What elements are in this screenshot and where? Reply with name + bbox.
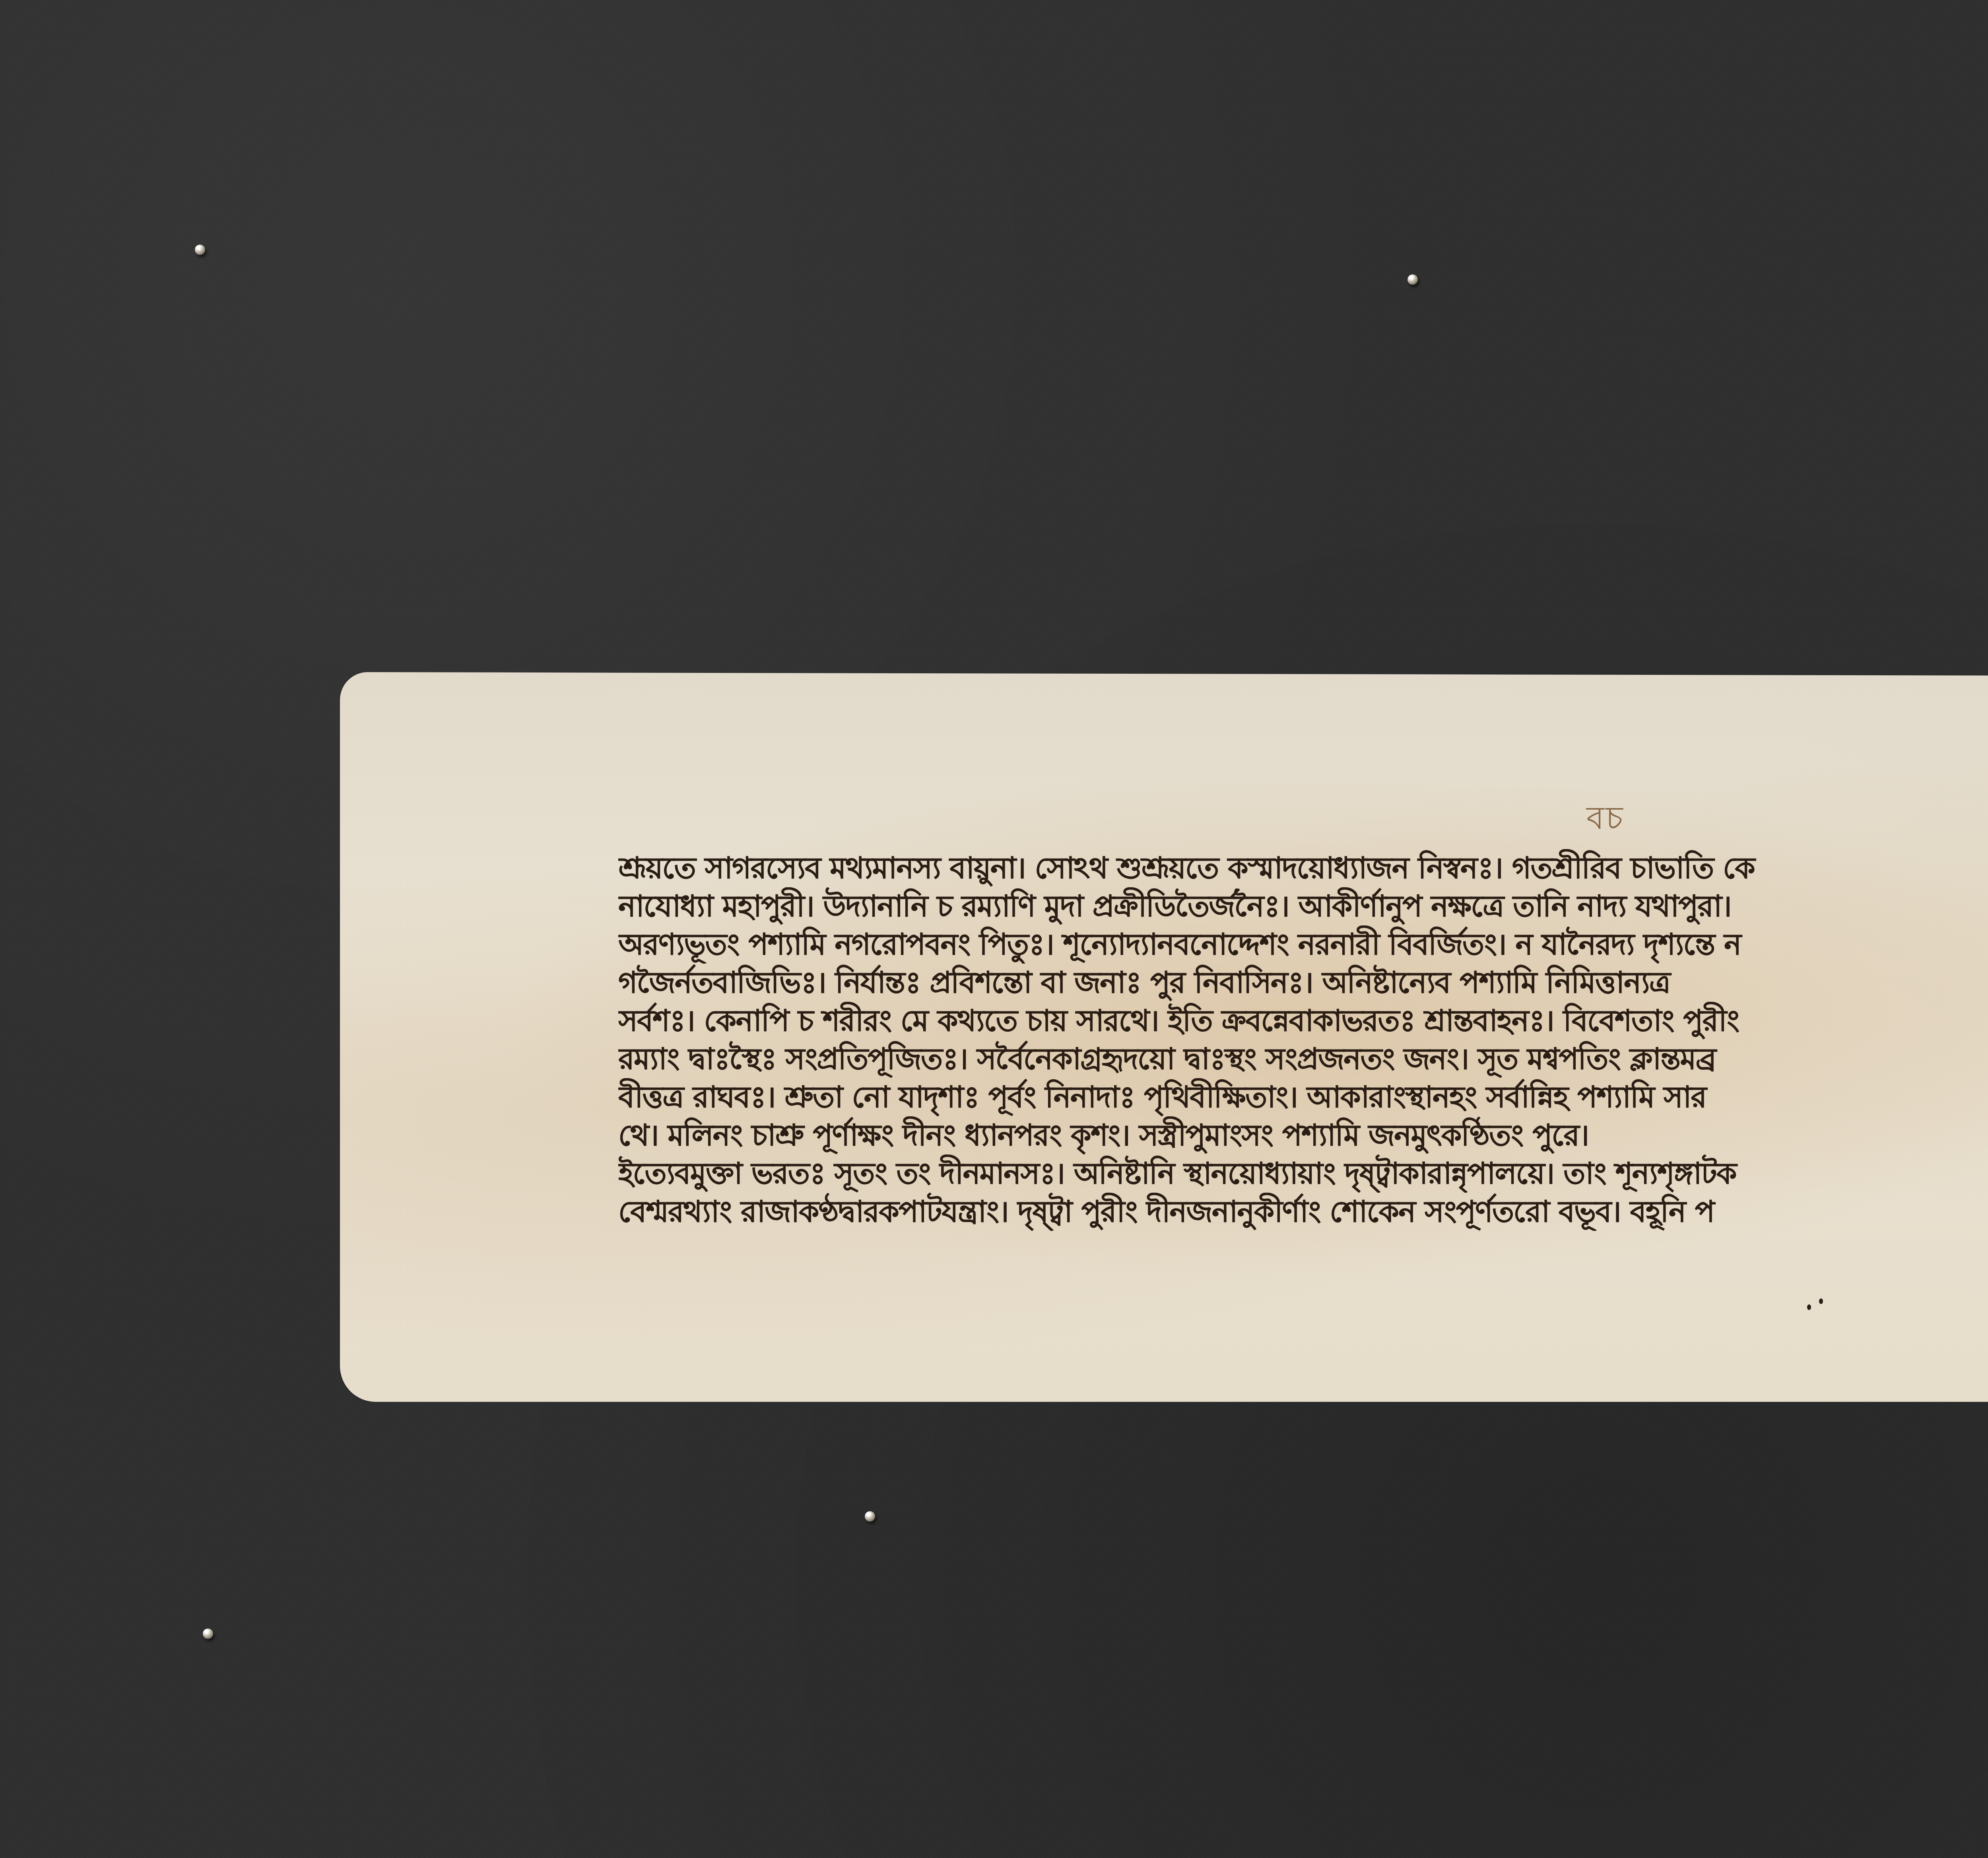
text-line: গজৈর্নতবাজিভিঃ। নির্যান্তঃ প্রবিশন্তো বা…: [618, 964, 1988, 1002]
pin-head: [203, 1629, 213, 1639]
text-line: বেশ্মরথ্যাং রাজাকণ্ঠদ্বারকপাটযন্ত্রাং। দ…: [618, 1193, 1988, 1231]
text-line: সর্বশঃ। কেনাপি চ শরীরং মে কথ্যতে চায় সা…: [618, 1002, 1988, 1040]
text-line: ইত্যেবমুক্তা ভরতঃ সূতং তং দীনমানসঃ। অনিষ…: [618, 1154, 1988, 1193]
text-line: রম্যাং দ্বাঃস্থৈঃ সংপ্রতিপূজিতঃ। সর্বৈনে…: [618, 1040, 1988, 1078]
page-number: বচ: [1586, 793, 1625, 847]
text-line: নাযোধ্যা মহাপুরী। উদ্যানানি চ রম্যাণি মু…: [618, 887, 1988, 925]
text-line: থে। মলিনং চাশ্রু পূর্ণাক্ষং দীনং ধ্যানপর…: [618, 1116, 1988, 1154]
text-line: শ্রূয়তে সাগরস্যেব মথ্যমানস্য বায়ুনা। স…: [618, 849, 1988, 887]
pin-head: [865, 1511, 875, 1522]
text-line: বীত্তত্র রাঘবঃ। শ্রুতা নো যাদৃশাঃ পূর্বং…: [618, 1078, 1988, 1116]
manuscript-text: শ্রূয়তে সাগরস্যেব মথ্যমানস্য বায়ুনা। স…: [618, 849, 1988, 1231]
ink-dot: [1819, 1298, 1823, 1304]
text-line: অরণ্যভূতং পশ্যামি নগরোপবনং পিতুঃ। শূন্যো…: [618, 925, 1988, 964]
ink-dot: [1807, 1304, 1811, 1310]
pin-head: [195, 245, 205, 255]
pin-head: [1408, 274, 1418, 285]
